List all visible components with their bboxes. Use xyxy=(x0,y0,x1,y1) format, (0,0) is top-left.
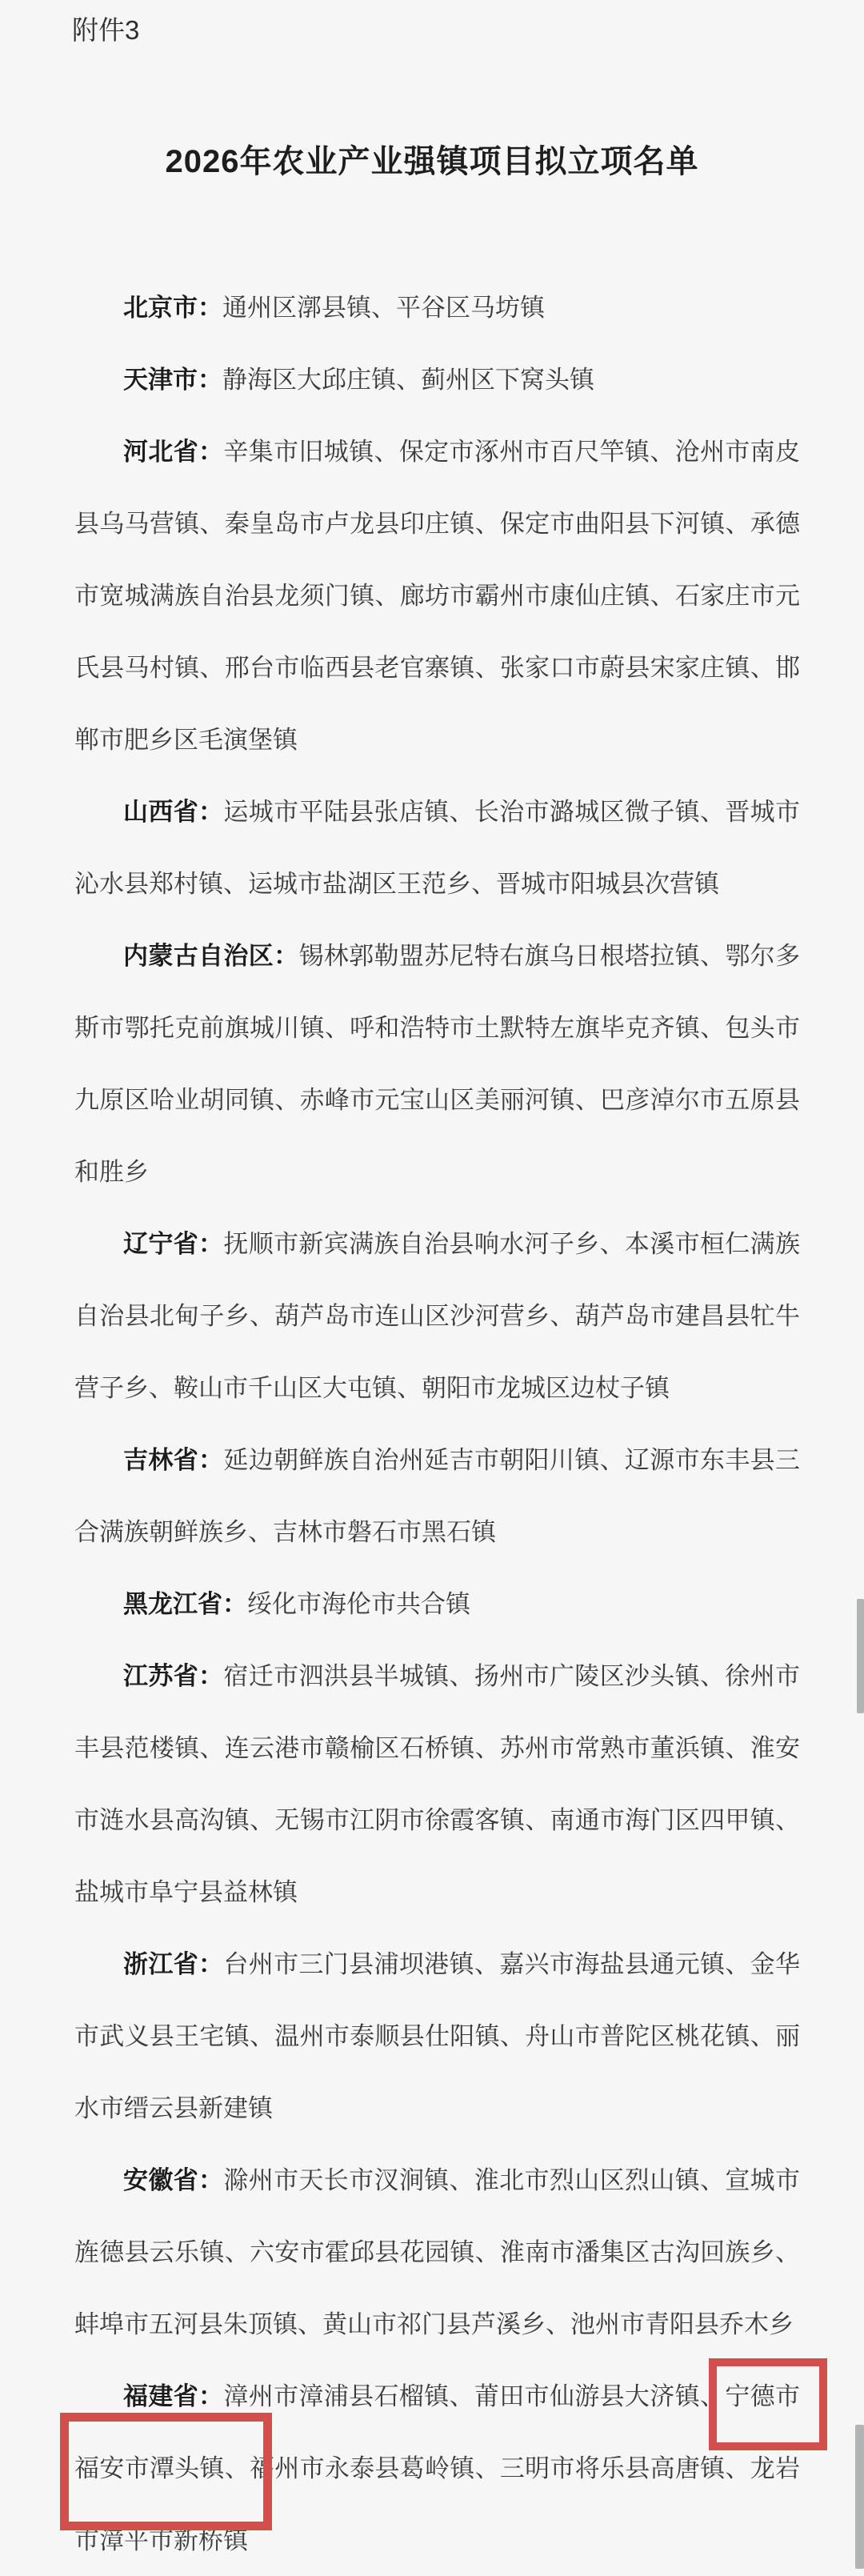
page-title: 2026年农业产业强镇项目拟立项名单 xyxy=(0,126,864,198)
document-line: 黑龙江省：绥化市海伦市共合镇 xyxy=(74,1568,800,1641)
document-line: 合满族朝鲜族乡、吉林市磐石市黑石镇 xyxy=(74,1496,800,1568)
document-line: 蚌埠市五河县朱顶镇、黄山市祁门县芦溪乡、池州市青阳县乔木乡 xyxy=(74,2289,800,2361)
province-label: 内蒙古自治区： xyxy=(123,942,298,970)
document-line: 氏县马村镇、邢台市临西县老官寨镇、张家口市蔚县宋家庄镇、邯 xyxy=(74,632,800,704)
document-page: 附件3 2026年农业产业强镇项目拟立项名单 北京市：通州区漷县镇、平谷区马坊镇… xyxy=(0,0,864,2576)
scrollbar-thumb-upper[interactable] xyxy=(857,1599,864,1713)
province-label: 山西省： xyxy=(123,798,223,826)
document-line: 北京市：通州区漷县镇、平谷区马坊镇 xyxy=(74,272,800,344)
province-label: 天津市： xyxy=(123,366,222,394)
document-body: 北京市：通州区漷县镇、平谷区马坊镇天津市：静海区大邱庄镇、蓟州区下窝头镇河北省：… xyxy=(74,272,800,2576)
highlight-box-ningde xyxy=(709,2358,827,2450)
province-label: 江苏省： xyxy=(123,1662,223,1690)
document-line: 水市缙云县新建镇 xyxy=(74,2073,800,2145)
document-line: 市武义县王宅镇、温州市泰顺县仕阳镇、舟山市普陀区桃花镇、丽 xyxy=(74,2001,800,2073)
province-label: 黑龙江省： xyxy=(123,1590,247,1618)
province-label: 河北省： xyxy=(123,438,223,466)
province-label: 辽宁省： xyxy=(123,1230,223,1258)
document-line: 江苏省：宿迁市泗洪县半城镇、扬州市广陵区沙头镇、徐州市 xyxy=(74,1641,800,1713)
document-line: 市涟水县高沟镇、无锡市江阴市徐霞客镇、南通市海门区四甲镇、 xyxy=(74,1785,800,1857)
highlight-box-fuan-tantou xyxy=(60,2413,272,2530)
document-line: 内蒙古自治区：锡林郭勒盟苏尼特右旗乌日根塔拉镇、鄂尔多 xyxy=(74,920,800,992)
document-line: 浙江省：台州市三门县浦坝港镇、嘉兴市海盐县通元镇、金华 xyxy=(74,1929,800,2001)
document-line: 营子乡、鞍山市千山区大屯镇、朝阳市龙城区边杖子镇 xyxy=(74,1352,800,1424)
province-label: 北京市： xyxy=(123,294,222,322)
document-line: 九原区哈业胡同镇、赤峰市元宝山区美丽河镇、巴彦淖尔市五原县 xyxy=(74,1064,800,1136)
province-label: 福建省： xyxy=(123,2382,223,2410)
document-line: 县乌马营镇、秦皇岛市卢龙县印庄镇、保定市曲阳县下河镇、承德 xyxy=(74,488,800,560)
document-line: 河北省：辛集市旧城镇、保定市涿州市百尺竿镇、沧州市南皮 xyxy=(74,416,800,488)
document-line: 吉林省：延边朝鲜族自治州延吉市朝阳川镇、辽源市东丰县三 xyxy=(74,1424,800,1496)
scrollbar-thumb-lower[interactable] xyxy=(855,2425,864,2569)
province-label: 安徽省： xyxy=(123,2166,223,2194)
province-label: 浙江省： xyxy=(123,1950,223,1978)
attachment-label: 附件3 xyxy=(72,11,139,50)
document-line: 旌德县云乐镇、六安市霍邱县花园镇、淮南市潘集区古沟回族乡、 xyxy=(74,2217,800,2289)
document-line: 天津市：静海区大邱庄镇、蓟州区下窝头镇 xyxy=(74,344,800,416)
document-line: 山西省：运城市平陆县张店镇、长治市潞城区微子镇、晋城市 xyxy=(74,776,800,848)
document-line: 安徽省：滁州市天长市汊涧镇、淮北市烈山区烈山镇、宣城市 xyxy=(74,2145,800,2217)
document-line: 沁水县郑村镇、运城市盐湖区王范乡、晋城市阳城县次营镇 xyxy=(74,848,800,920)
document-line: 斯市鄂托克前旗城川镇、呼和浩特市土默特左旗毕克齐镇、包头市 xyxy=(74,992,800,1064)
document-line: 自治县北甸子乡、葫芦岛市连山区沙河营乡、葫芦岛市建昌县牤牛 xyxy=(74,1280,800,1352)
document-line: 郸市肥乡区毛演堡镇 xyxy=(74,704,800,776)
document-line: 辽宁省：抚顺市新宾满族自治县响水河子乡、本溪市桓仁满族 xyxy=(74,1208,800,1280)
document-line: 丰县范楼镇、连云港市赣榆区石桥镇、苏州市常熟市董浜镇、淮安 xyxy=(74,1713,800,1785)
document-line: 盐城市阜宁县益林镇 xyxy=(74,1857,800,1929)
document-line: 市宽城满族自治县龙须门镇、廊坊市霸州市康仙庄镇、石家庄市元 xyxy=(74,560,800,632)
document-line: 和胜乡 xyxy=(74,1136,800,1208)
province-label: 吉林省： xyxy=(123,1446,223,1474)
